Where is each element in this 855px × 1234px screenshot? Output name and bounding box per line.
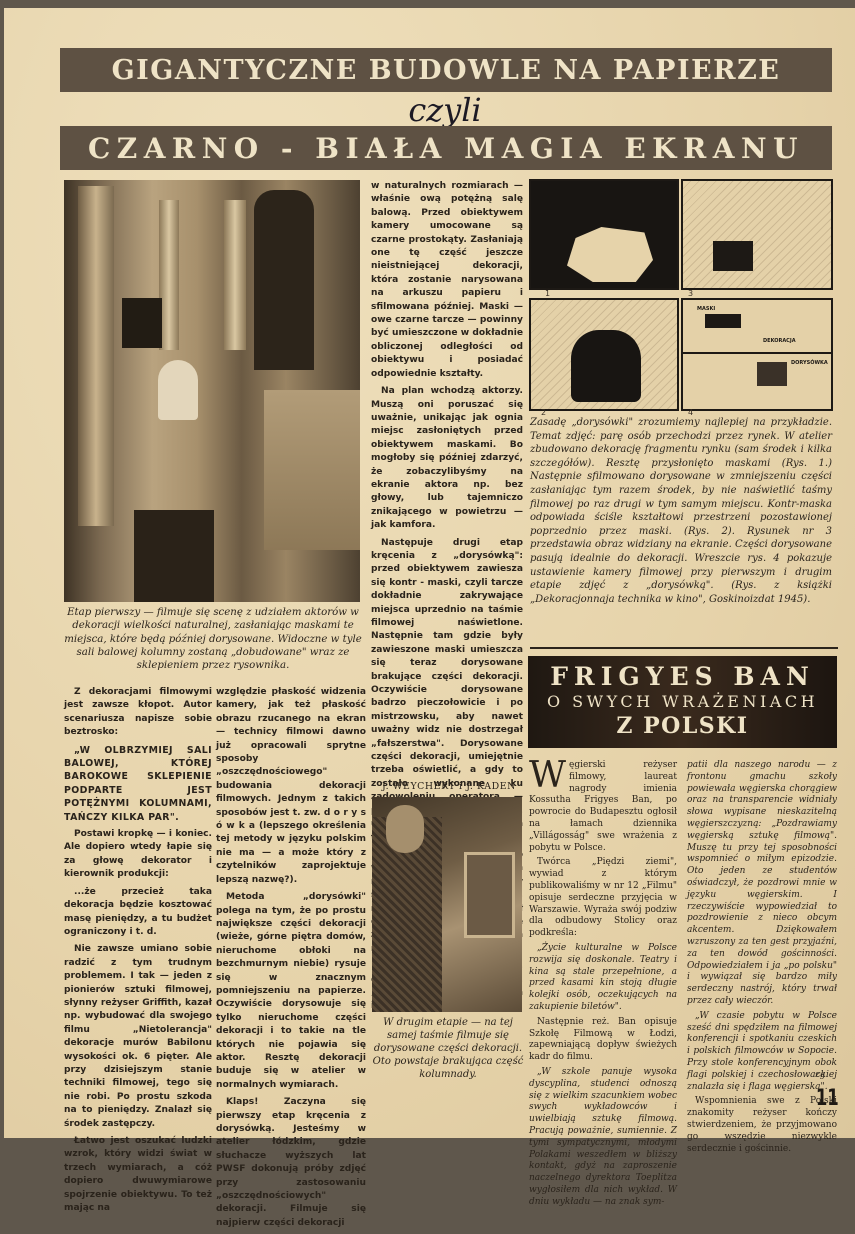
headline-banner-bottom: CZARNO - BIAŁA MAGIA EKRANU [60,126,832,170]
photo1-caption: Etap pierwszy — filmuje się scenę z udzi… [62,606,364,672]
sidebar-title-line3: Z POLSKI [528,713,837,739]
quote-caps: „W OLBRZYMIEJ SALI BALOWEJ, KTÓREJ BAROK… [64,744,212,824]
sidebar-signature: zg. [815,1070,829,1079]
crew-silhouette [254,190,314,370]
dropcap: W [529,761,566,791]
black-mask [122,298,162,348]
sidebar-title-box: FRIGYES BAN O SWYCH WRAŻENIACH Z POLSKI [528,656,837,748]
chimney-shape [713,241,753,271]
authors-byline: J. WEYCHERT i J. KADEN [382,781,516,792]
page-number: 11 [816,1086,839,1111]
paragraph: w naturalnych rozmiarach — właśnie ową p… [371,180,523,381]
counter-mask-shape [571,330,641,402]
sidebar-column-2: patii dla naszego narodu — z frontonu gm… [687,760,837,1138]
paragraph: Postawi kropkę — i koniec. Ale dopiero w… [64,828,212,882]
label-drawing: DORYSÓWKA [791,360,828,366]
paragraph: Klaps! Zaczyna się pierwszy etap kręceni… [216,1096,366,1138]
drawing-board [464,852,515,938]
column-shape [159,200,179,350]
paragraph: Z dekoracjami filmowymi jest zawsze kłop… [64,686,212,740]
label-masks: MASKI [697,306,715,312]
paragraph: Nie zawsze umiano sobie radzić z tym tru… [64,943,212,1131]
sidebar-title-line1: FRIGYES BAN [528,663,837,691]
paragraph: względzie płaskość widzenia kamery, jak … [216,686,366,887]
photo2-caption: W drugim etapie — na tej samej taśmie fi… [372,1016,524,1081]
column-shape [78,186,114,526]
article-column-2: względzie płaskość widzenia kamery, jak … [216,686,366,1138]
headline-line2: CZARNO - BIAŁA MAGIA EKRANU [88,132,804,165]
drawing-4b-camera-setup: DORYSÓWKA [681,352,833,411]
headline-banner-top: GIGANTYCZNE BUDOWLE NA PAPIERZE [60,48,832,92]
paragraph: Wspomnienia swe z Polski znakomity reżys… [687,1096,837,1138]
headline-line1: GIGANTYCZNE BUDOWLE NA PAPIERZE [112,55,781,86]
scene-cutout [567,227,653,282]
actress-dress [158,360,198,420]
article-column-1: Z dekoracjami filmowymi jest zawsze kłop… [64,686,212,1138]
mask-shape [705,314,741,328]
sidebar-column-1: Węgierski reżyser filmowy, laureat nagro… [529,760,677,1138]
drawing-board-shape [757,362,787,386]
drawing-4a-camera-setup: MASKI DEKORACJA [681,298,833,354]
paragraph: Na plan wchodzą aktorzy. Muszą oni porus… [371,385,523,532]
drawing-3-screen-view [681,179,833,290]
camera-silhouette [134,510,214,602]
paragraph: ...że przecież taka dekoracja będzie kos… [64,886,212,940]
paragraph: Metoda „dorysówki" polega na tym, że po … [216,891,366,1092]
man-head [386,805,424,853]
sidebar-title-line2: O SWYCH WRAŻENIACH [528,691,837,713]
drawings-caption: Zasadę „dorysówki" zrozumiemy najlepiej … [530,416,832,606]
column-shape [224,200,246,350]
quote: „W czasie pobytu w Polsce sześć dni spęd… [687,1011,837,1094]
paragraph: Twórca „Piędzi ziemi", wywiad z którym p… [529,857,677,940]
figure-number: 3 [688,289,693,298]
platform-block [264,390,360,550]
quote: „W szkole panuje wysoka dyscyplina, stud… [529,1067,677,1138]
figure-number: 1 [545,289,550,298]
drawing-2-counter-mask [529,298,679,411]
divider [530,647,838,649]
photo-artist-drawing [372,797,522,1012]
label-decoration: DEKORACJA [763,338,796,344]
paragraph: Następnie reż. Ban opisuje Szkołę Filmow… [529,1017,677,1064]
quote: „Życie kulturalne w Polsce rozwija się d… [529,943,677,1014]
headline-connector: czyli [360,92,530,128]
photo-film-set [64,180,360,602]
quote: patii dla naszego narodu — z frontonu gm… [687,760,837,1008]
drawing-1-masks [529,179,679,290]
